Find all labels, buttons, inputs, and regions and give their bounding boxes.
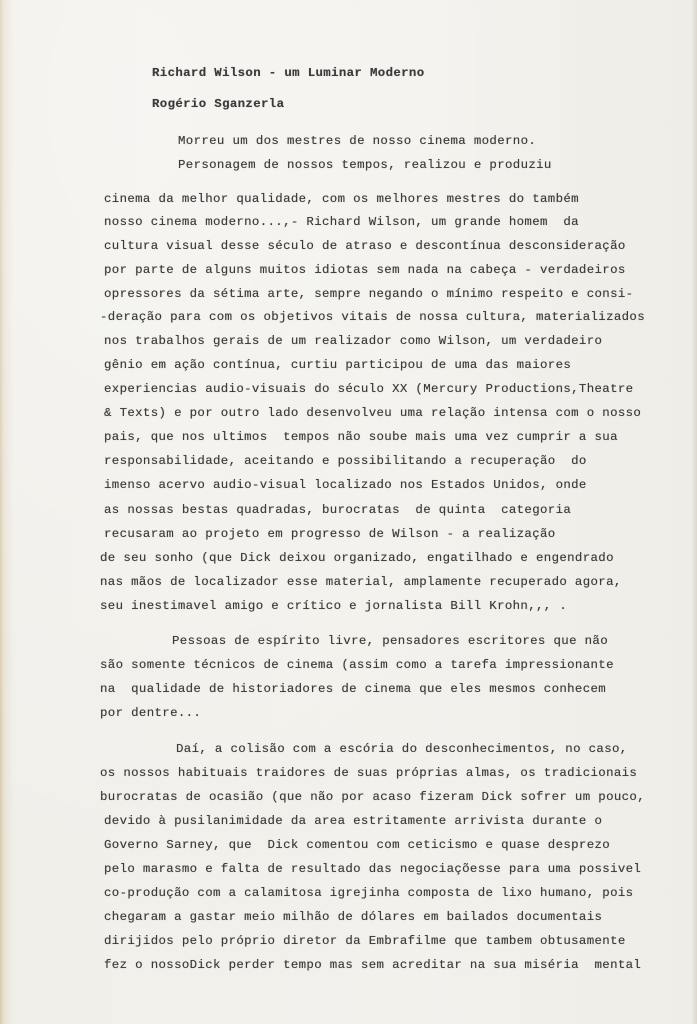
text-line: seu inestimavel amigo e crítico e jornal… (100, 599, 567, 613)
text-line: responsabilidade, aceitando e possibilit… (104, 454, 587, 468)
text-line: experiencias audio-visuais do século XX … (104, 382, 633, 396)
text-line: as nossas bestas quadradas, burocratas d… (104, 503, 571, 517)
text-line: burocratas de ocasião (que não por acaso… (100, 790, 645, 804)
text-line: nos trabalhos gerais de um realizador co… (104, 334, 602, 348)
text-line: & Texts) e por outro lado desenvolveu um… (104, 406, 641, 420)
typewritten-page: Richard Wilson - um Luminar Moderno Rogé… (0, 0, 697, 1024)
text-line: Morreu um dos mestres de nosso cinema mo… (178, 134, 536, 148)
text-line: chegaram a gastar meio milhão de dólares… (104, 910, 602, 924)
document-title: Richard Wilson - um Luminar Moderno (152, 66, 425, 80)
text-line: cultura visual desse século de atraso e … (104, 239, 626, 253)
text-line: gênio em ação contínua, curtiu participo… (104, 358, 571, 372)
text-line: recusaram ao projeto em progresso de Wil… (104, 527, 556, 541)
text-line: de seu sonho (que Dick deixou organizado… (100, 551, 614, 565)
document-author: Rogério Sganzerla (152, 97, 284, 111)
text-line: co-produção com a calamitosa igrejinha c… (104, 886, 633, 900)
text-line: opressores da sétima arte, sempre negand… (104, 287, 633, 301)
text-line: Personagem de nossos tempos, realizou e … (178, 158, 552, 172)
text-line: imenso acervo audio-visual localizado no… (104, 478, 587, 492)
text-line: Governo Sarney, que Dick comentou com ce… (104, 838, 610, 852)
text-line: nosso cinema moderno...,- Richard Wilson… (104, 215, 579, 229)
text-line: na qualidade de historiadores de cinema … (100, 682, 606, 696)
text-line: dirijidos pelo próprio diretor da Embraf… (104, 934, 626, 948)
text-line: os nossos habituais traidores de suas pr… (100, 766, 637, 780)
text-line: nas mãos de localizador esse material, a… (100, 575, 622, 589)
text-line: cinema da melhor qualidade, com os melho… (104, 192, 579, 206)
text-line: são somente técnicos de cinema (assim co… (100, 658, 614, 672)
text-line: -deração para com os objetivos vitais de… (100, 310, 645, 324)
text-line: por dentre... (100, 706, 201, 720)
text-line: fez o nossoDick perder tempo mas sem acr… (104, 958, 641, 972)
text-line: pais, que nos ultimos tempos não soube m… (104, 430, 618, 444)
text-line: Pessoas de espírito livre, pensadores es… (172, 634, 608, 648)
text-line: pelo marasmo e falta de resultado das ne… (104, 862, 641, 876)
text-line: por parte de alguns muitos idiotas sem n… (104, 263, 626, 277)
text-line: Daí, a colisão com a escória do desconhe… (176, 742, 628, 756)
text-line: devido à pusilanimidade da area estritam… (104, 814, 602, 828)
